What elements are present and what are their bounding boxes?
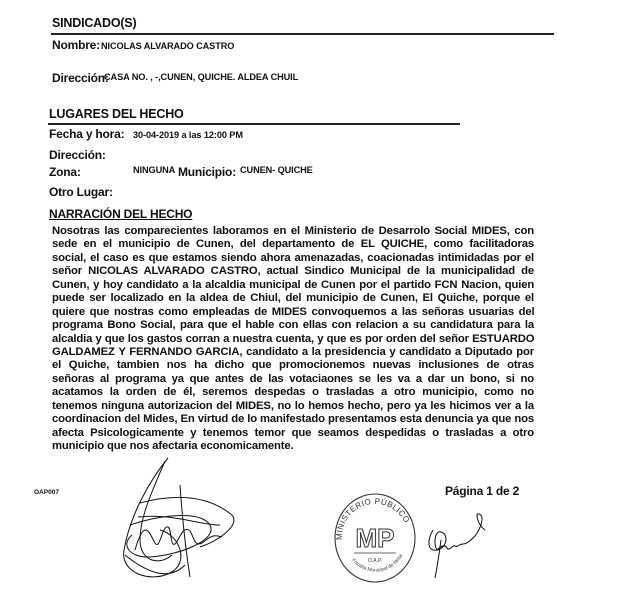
narrative-line: tenemos ninguna autorizacion del MIDES, … bbox=[52, 400, 534, 413]
municipio-label: Municipio: bbox=[178, 165, 236, 179]
section-heading-lugares: LUGARES DEL HECHO bbox=[49, 107, 184, 121]
official-stamp: MINISTERIO PÚBLICO MP O.A.P. Fiscalía Mu… bbox=[330, 490, 420, 586]
narrative-line: coordinacion del Mides, En virtud de lo … bbox=[52, 413, 534, 426]
direccion-label: Dirección: bbox=[52, 71, 109, 85]
page-number: Página 1 de 2 bbox=[445, 484, 519, 498]
nombre-value: NICOLAS ALVARADO CASTRO bbox=[101, 41, 234, 51]
narrative-line: Nosotras las comparecientes laboramos en… bbox=[52, 225, 534, 238]
stamp-office: O.A.P. bbox=[368, 558, 382, 564]
section-divider bbox=[51, 33, 554, 35]
narrative-line: sede en el municipio de Cunen, del depar… bbox=[52, 238, 534, 251]
narrative-line: Cunen, y hoy candidato a la alcaldia mun… bbox=[52, 279, 534, 292]
narrative-line: alcaldia y que los gastos corran a nuest… bbox=[52, 333, 534, 346]
narrative-line: el Quiche, tambien nos ha dicho que prom… bbox=[52, 359, 534, 372]
narrative-line: señoras al programa ya que antes de las … bbox=[52, 373, 534, 386]
narrative-line: quiere que nostras como empleadas de MID… bbox=[52, 306, 534, 319]
narrative-line: programa Bono Social, para que el hable … bbox=[52, 319, 534, 332]
section-divider bbox=[48, 123, 460, 125]
form-code: OAP007 bbox=[34, 489, 59, 496]
section-heading-sindicados: SINDICADO(S) bbox=[52, 16, 136, 30]
narrative-line: señor NICOLAS ALVARADO CASTRO, actual Si… bbox=[52, 265, 534, 278]
narrative-line: puede ser localizado en la aldea de Chiu… bbox=[52, 292, 534, 305]
signature-left bbox=[110, 455, 240, 585]
narrative-line: GALDAMEZ Y FERNANDO GARCIA, candidato a … bbox=[52, 346, 534, 359]
direccion-value: CASA NO. , -,CUNEN, QUICHE. ALDEA CHUIL bbox=[104, 72, 298, 82]
otro-lugar-label: Otro Lugar: bbox=[49, 185, 113, 199]
fecha-label: Fecha y hora: bbox=[49, 127, 124, 141]
stamp-center-text: MP bbox=[356, 523, 395, 553]
signature-right bbox=[425, 510, 495, 580]
narrative-line: acatamos la orden de él, seremos despeda… bbox=[52, 386, 534, 399]
fecha-value: 30-04-2019 a las 12:00 PM bbox=[133, 130, 243, 140]
zona-label: Zona: bbox=[49, 165, 81, 179]
narrative-line: afecta Psicologicamente y tenemos temor … bbox=[52, 427, 534, 440]
zona-value: NINGUNA bbox=[133, 165, 175, 175]
narrative-line: social, el caso es que estamos siendo ah… bbox=[52, 252, 534, 265]
nombre-label: Nombre: bbox=[52, 38, 100, 52]
section-heading-narracion: NARRACIÓN DEL HECHO bbox=[49, 207, 192, 221]
lugar-direccion-label: Dirección: bbox=[49, 148, 106, 162]
narrative-line: municipio que nos afectaria economicamen… bbox=[52, 440, 534, 453]
narrative-paragraph: Nosotras las comparecientes laboramos en… bbox=[52, 225, 534, 453]
municipio-value: CUNEN- QUICHE bbox=[240, 165, 313, 175]
